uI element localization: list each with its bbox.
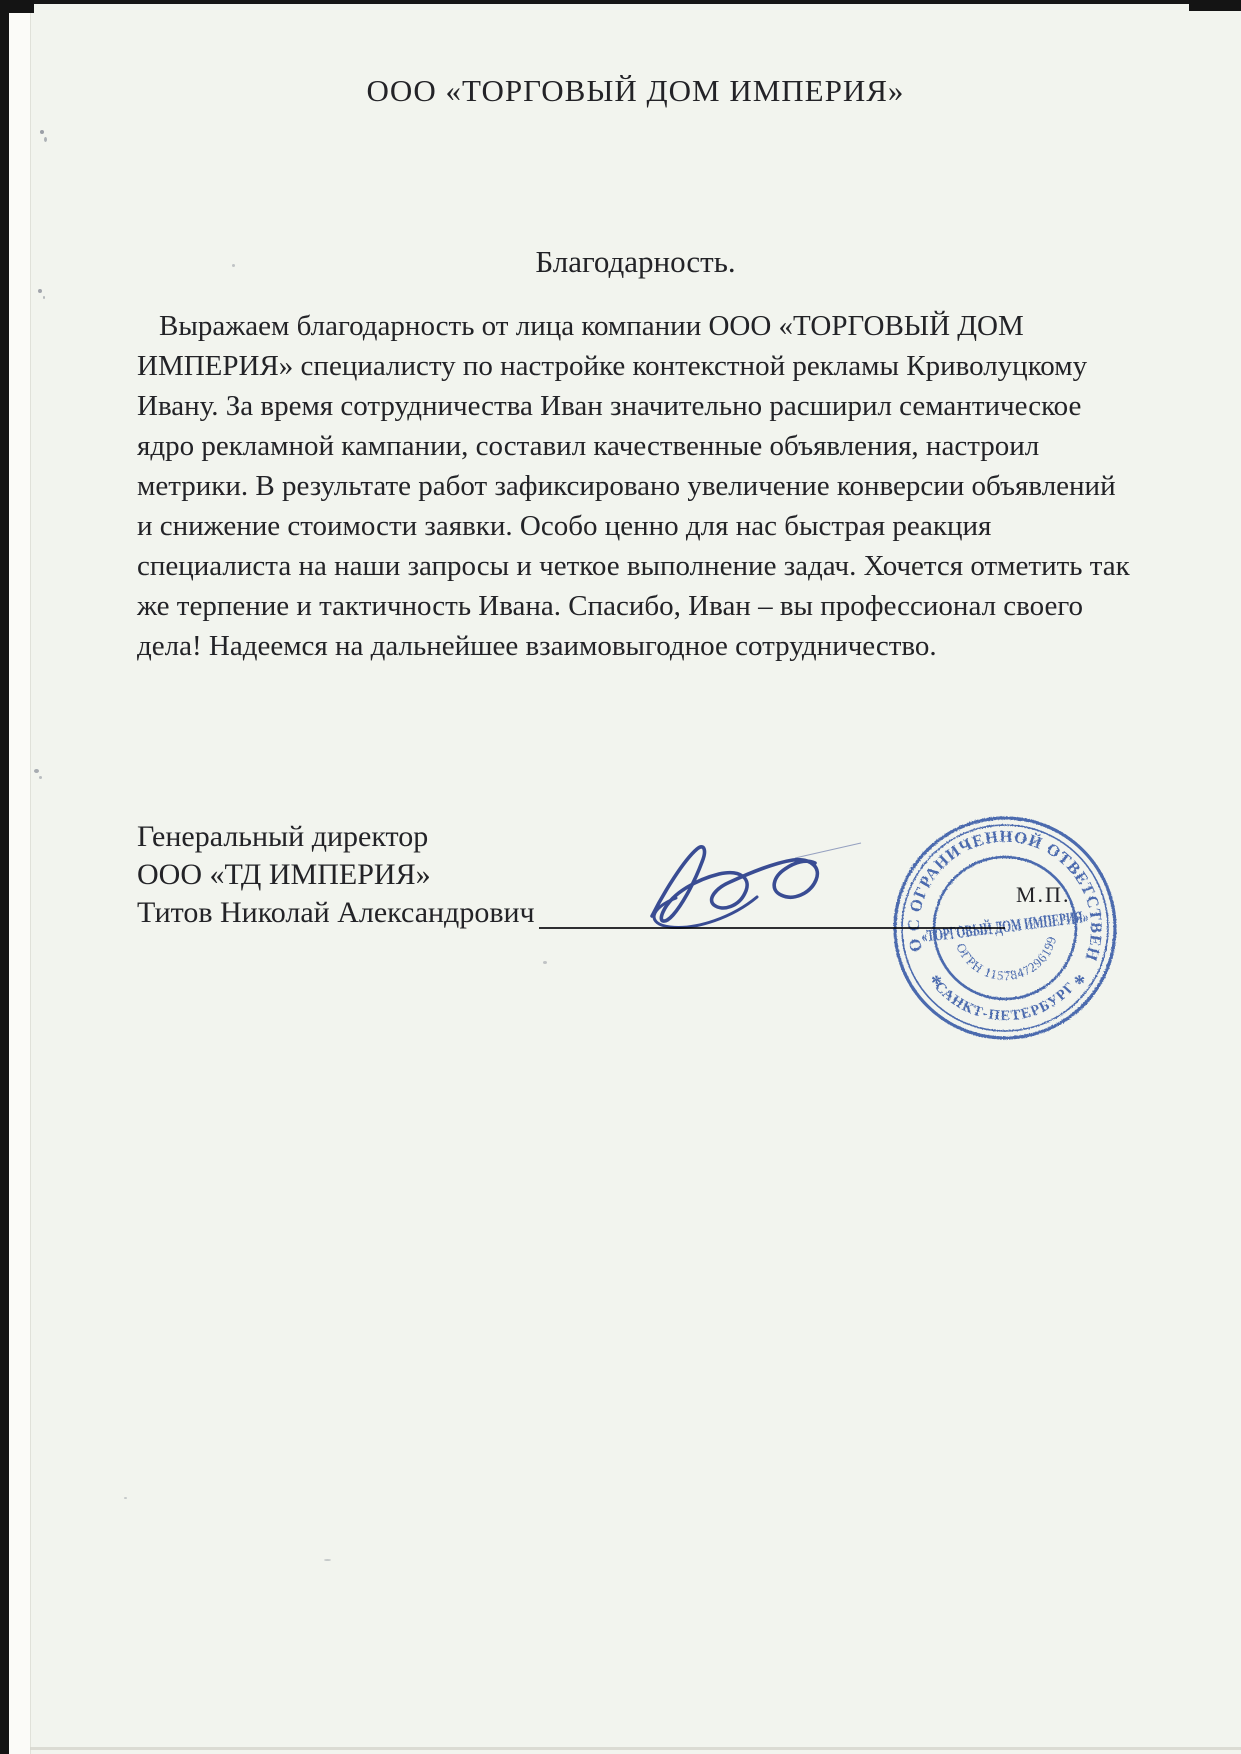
company-stamp: ОБЩЕСТВО С ОГРАНИЧЕННОЙ ОТВЕТСТВЕННОСТЬЮ…: [885, 808, 1125, 1048]
signature-flourish: [654, 897, 757, 927]
ink-speck: [543, 961, 547, 964]
body-line: метрики. В результате работ зафиксирован…: [137, 466, 1197, 506]
ink-speck: [40, 130, 44, 134]
scan-edge-left: [0, 0, 9, 1754]
ink-speck: [44, 137, 47, 142]
letter-body: Выражаем благодарность от лица компании …: [137, 306, 1197, 666]
stamp-center-text: «ТОРГОВЫЙ ДОМ ИМПЕРИЯ»: [920, 907, 1089, 946]
ink-speck: [39, 776, 42, 779]
document-title: Благодарность.: [30, 243, 1241, 281]
body-line: дела! Надеемся на дальнейшее взаимовыгод…: [137, 626, 1197, 666]
ink-speck: [232, 264, 235, 267]
body-line: ИМПЕРИЯ» специалисту по настройке контек…: [137, 346, 1197, 386]
signature-stroke: [652, 847, 817, 921]
signer-name: Титов Николай Александрович: [137, 894, 535, 932]
organization-title: ООО «ТОРГОВЫЙ ДОМ ИМПЕРИЯ»: [30, 72, 1241, 110]
ink-speck: [38, 289, 42, 293]
body-line: же терпение и тактичность Ивана. Спасибо…: [137, 586, 1197, 626]
ink-speck: [124, 1497, 127, 1499]
paper-edge-strip: [9, 0, 31, 1754]
stamp-asterisk-icon: *: [931, 970, 942, 995]
body-line: и снижение стоимости заявки. Особо ценно…: [137, 506, 1197, 546]
body-line: Выражаем благодарность от лица компании …: [137, 306, 1197, 346]
ink-speck: [34, 769, 39, 773]
scan-edge-top-right-corner: [1189, 0, 1241, 11]
handwritten-signature: [620, 825, 880, 930]
paper-bottom-edge: [30, 1747, 1241, 1750]
scanned-letter-page: ООО «ТОРГОВЫЙ ДОМ ИМПЕРИЯ» Благодарность…: [0, 0, 1241, 1754]
ink-speck: [324, 1559, 331, 1561]
scan-edge-top-left-corner: [0, 0, 34, 13]
body-line: ядро рекламной кампании, составил качест…: [137, 426, 1197, 466]
body-line: специалиста на наши запросы и четкое вып…: [137, 546, 1197, 586]
stamp-asterisk-icon: *: [1074, 970, 1085, 995]
stamp-ring-text: ОБЩЕСТВО С ОГРАНИЧЕННОЙ ОТВЕТСТВЕННОСТЬЮ: [885, 808, 1106, 964]
signature-hairline: [795, 843, 861, 858]
stamp-ogrn-text: ОГРН 1157847296199: [953, 933, 1063, 988]
scan-edge-top: [0, 0, 1241, 4]
body-line: Ивану. За время сотрудничества Иван знач…: [137, 386, 1197, 426]
ink-speck: [43, 296, 45, 299]
